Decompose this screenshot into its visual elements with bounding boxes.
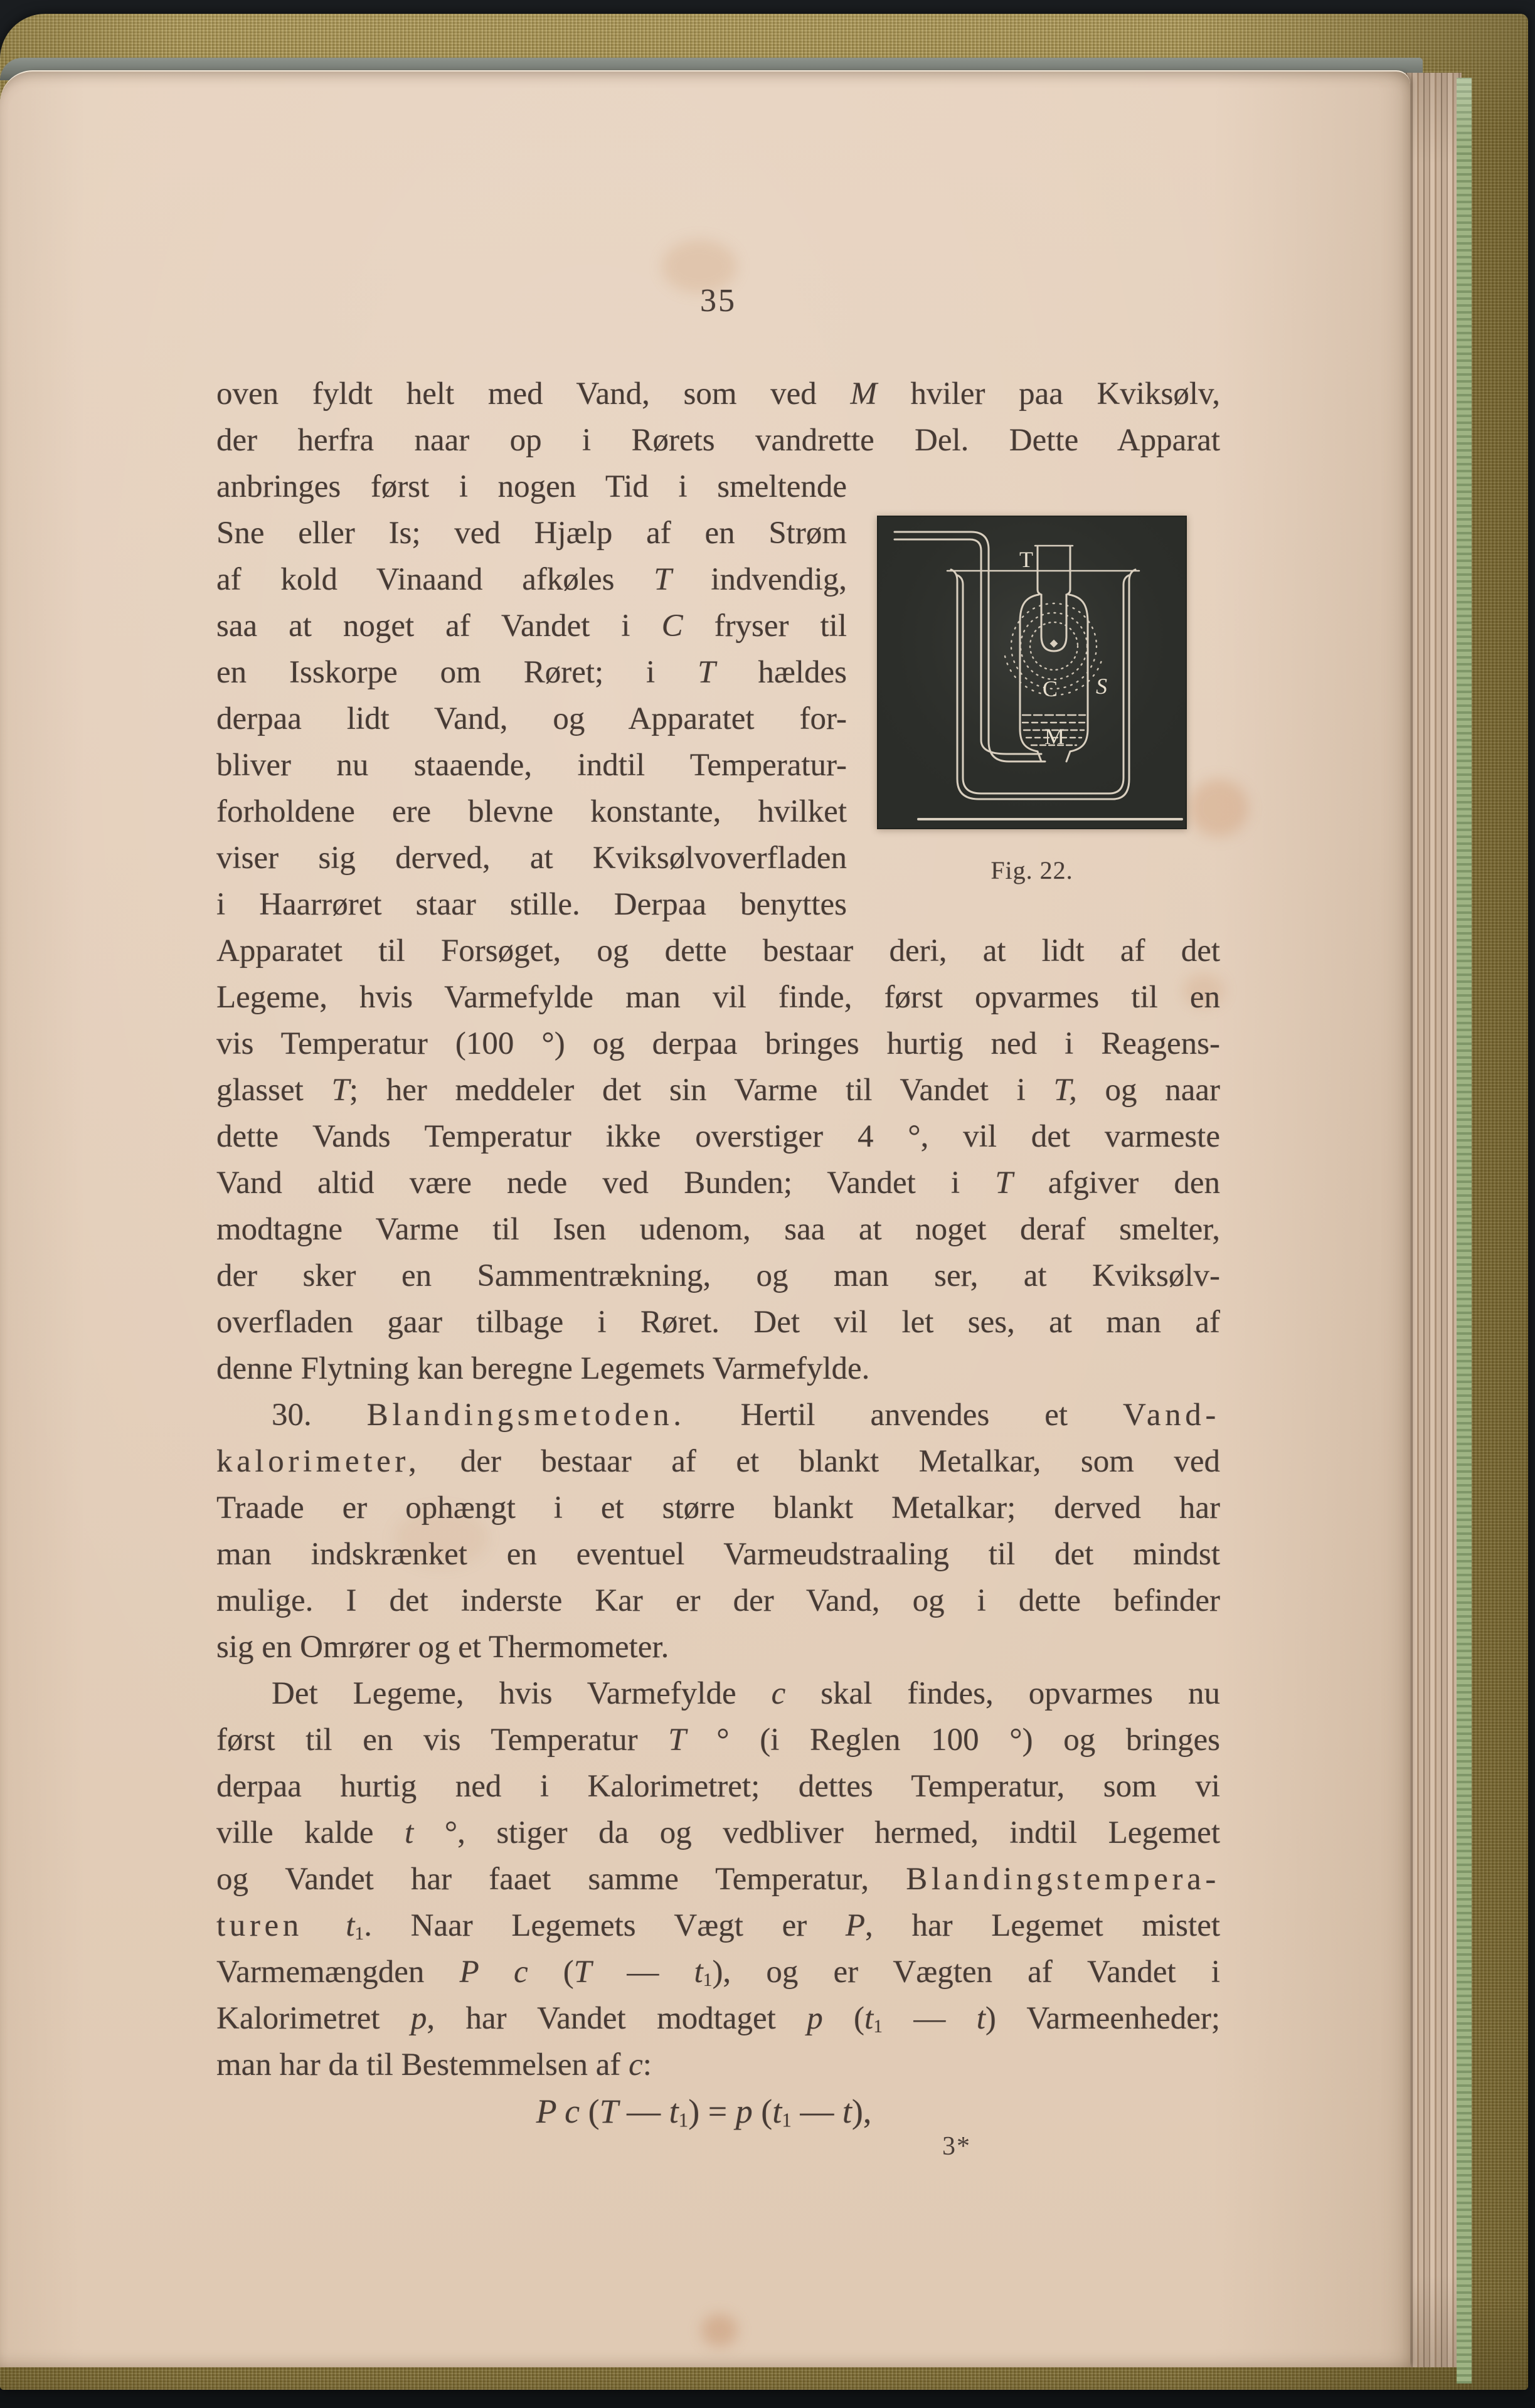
text-line: oven fyldt helt med Vand, som ved M hvil… xyxy=(216,371,1220,417)
label-S: S xyxy=(1096,674,1107,699)
text-line: saa at noget af Vandet i C fryser til xyxy=(216,603,847,649)
math-var: c xyxy=(629,2047,643,2082)
text-run: ), xyxy=(852,2092,871,2130)
text-run: Vand- xyxy=(1123,1398,1220,1433)
text-run: Apparatet til Forsøget, og dette bestaar… xyxy=(216,933,1220,968)
text-line: glasset T; her meddeler det sin Varme ti… xyxy=(216,1067,1220,1113)
text-run: man har da til Bestemmelsen af xyxy=(216,2047,629,2082)
text-run: oven fyldt helt med Vand, som ved xyxy=(216,376,850,411)
math-var: t xyxy=(405,1815,413,1850)
text-line: Det Legeme, hvis Varmefylde c skal finde… xyxy=(216,1670,1220,1717)
text-run: glasset xyxy=(216,1073,332,1108)
text-line: Vand altid være nede ved Bunden; Vandet … xyxy=(216,1160,1220,1206)
text-line: anbringes først i nogen Tid i smeltende xyxy=(216,464,847,510)
text-run: Traade er ophængt i et større blankt Met… xyxy=(216,1490,1220,1525)
text-run: , har Legemet mistet xyxy=(865,1908,1220,1943)
text-line: viser sig derved, at Kviksølvoverfladen xyxy=(216,835,847,881)
text-run: først til en vis Temperatur xyxy=(216,1722,668,1758)
text-run: viser sig derved, at Kviksølvoverfladen xyxy=(216,841,847,876)
text-run: hviler paa Kviksølv, xyxy=(877,376,1220,411)
text-run: kalorimeter, xyxy=(216,1444,420,1479)
text-run: skal findes, opvarmes nu xyxy=(785,1676,1220,1711)
endpaper-edge xyxy=(1457,78,1472,2384)
text-line: Kalorimetret p, har Vandet modtaget p (t… xyxy=(216,1995,1220,2042)
text-run: Kalorimetret xyxy=(216,2001,411,2036)
math-var: t xyxy=(772,2092,782,2130)
text-line: denne Flytning kan beregne Legemets Varm… xyxy=(216,1345,1220,1392)
math-var: T xyxy=(574,1955,592,1990)
text-run: ; her meddeler det sin Varme til Vandet … xyxy=(349,1073,1054,1108)
text-run: 30. xyxy=(272,1398,367,1433)
text-run: dette Vands Temperatur ikke overstiger 4… xyxy=(216,1119,1220,1154)
math-var: c xyxy=(772,1676,786,1711)
text-run: afgiver den xyxy=(1013,1165,1220,1201)
text-run: denne Flytning kan beregne Legemets Varm… xyxy=(216,1351,869,1386)
text-line: vis Temperatur (100 °) og derpaa bringes… xyxy=(216,1021,1220,1067)
text-run: Legeme, hvis Varmefylde man vil finde, f… xyxy=(216,980,1220,1015)
text-run: 1 xyxy=(354,1924,364,1944)
math-var: P c xyxy=(536,2092,580,2130)
text-run: og naar xyxy=(1077,1073,1220,1108)
text-run: — xyxy=(619,2092,669,2130)
text-line: Traade er ophængt i et større blankt Met… xyxy=(216,1485,1220,1531)
text-run: bliver nu staaende, indtil Temperatur- xyxy=(216,748,847,783)
text-run: ° (i Reglen 100 °) og bringes xyxy=(686,1722,1220,1758)
text-line: der herfra naar op i Rørets vandrette De… xyxy=(216,417,1220,464)
text-line: sig en Omrører og et Thermometer. xyxy=(216,1624,1220,1670)
text-run: Varmemængden xyxy=(216,1955,460,1990)
math-var: T xyxy=(668,1722,686,1758)
text-run: forholdene ere blevne konstante, hvilket xyxy=(216,794,847,829)
text-line: Sne eller Is; ved Hjælp af en Strøm xyxy=(216,510,847,556)
fox-stain xyxy=(701,2314,738,2347)
page-number: 35 xyxy=(216,282,1220,319)
text-run: — xyxy=(883,2001,977,2036)
text-run: ( xyxy=(580,2092,599,2130)
text-line: man har da til Bestemmelsen af c: xyxy=(216,2042,1220,2088)
text-line: Apparatet til Forsøget, og dette bestaar… xyxy=(216,928,1220,974)
text-run: , har Vandet modtaget xyxy=(427,2001,807,2036)
text-run: anbringes først i nogen Tid i smeltende xyxy=(216,469,847,504)
text-line: bliver nu staaende, indtil Temperatur- xyxy=(216,742,847,788)
text-run: 1 xyxy=(782,2109,792,2131)
text-run: der bestaar af et blankt Metalkar, som v… xyxy=(420,1444,1220,1479)
figure-22: T C S M Fig. 22. xyxy=(877,516,1187,885)
text-line: og Vandet har faaet samme Temperatur, Bl… xyxy=(216,1856,1220,1902)
text-line: overfladen gaar tilbage i Røret. Det vil… xyxy=(216,1299,1220,1345)
math-var: p xyxy=(411,2001,427,2036)
text-line: derpaa hurtig ned i Kalorimetret; dettes… xyxy=(216,1763,1220,1810)
text-run: ) = xyxy=(688,2092,735,2130)
math-var: T, xyxy=(1054,1073,1077,1108)
text-run: — xyxy=(592,1955,694,1990)
text-run: indvendig, xyxy=(672,562,847,597)
text-run: 1 xyxy=(873,2017,883,2037)
text-run: sig en Omrører og et Thermometer. xyxy=(216,1630,669,1665)
text-run: vis Temperatur (100 °) og derpaa bringes… xyxy=(216,1026,1220,1061)
text-run: der herfra naar op i Rørets vandrette De… xyxy=(216,423,1220,458)
text-run: saa at noget af Vandet i xyxy=(216,608,662,644)
text-run: : xyxy=(643,2047,652,2082)
text-line: først til en vis Temperatur T ° (i Regle… xyxy=(216,1717,1220,1763)
text-run: Blandingstempera- xyxy=(906,1862,1220,1897)
math-var: t xyxy=(694,1955,703,1990)
math-var: M xyxy=(850,376,876,411)
text-run: Vand altid være nede ved Bunden; Vandet … xyxy=(216,1165,995,1201)
label-T: T xyxy=(1019,547,1033,572)
math-var: t xyxy=(669,2092,679,2130)
text-run: overfladen gaar tilbage i Røret. Det vil… xyxy=(216,1305,1220,1340)
text-line: forholdene ere blevne konstante, hvilket xyxy=(216,788,847,835)
text-line: en Isskorpe om Røret; i T hældes xyxy=(216,649,847,696)
text-line: af kold Vinaand afkøles T indvendig, xyxy=(216,556,847,603)
text-line: man indskrænket en eventuel Varmeudstraa… xyxy=(216,1531,1220,1578)
text-run: ) Varmeenheder; xyxy=(985,2001,1220,2036)
text-line: modtagne Varme til Isen udenom, saa at n… xyxy=(216,1206,1220,1253)
text-run: — xyxy=(792,2092,842,2130)
figure-caption: Fig. 22. xyxy=(877,856,1187,885)
text-run: der sker en Sammentrækning, og man ser, … xyxy=(216,1258,1220,1293)
figure-plate: T C S M xyxy=(877,516,1187,829)
text-run: mulige. I det inderste Kar er der Vand, … xyxy=(216,1583,1220,1618)
math-var: t xyxy=(977,2001,985,2036)
text-run: fryser til xyxy=(683,608,847,644)
text-line: der sker en Sammentrækning, og man ser, … xyxy=(216,1253,1220,1299)
math-var: T xyxy=(698,655,715,690)
text-run: . Naar Legemets Vægt er xyxy=(364,1908,846,1943)
text-line: dette Vands Temperatur ikke overstiger 4… xyxy=(216,1113,1220,1160)
text-run: ( xyxy=(528,1955,574,1990)
equation: P c (T — t1) = p (t1 — t), xyxy=(216,2088,1220,2135)
math-var: P xyxy=(846,1908,865,1943)
label-M: M xyxy=(1044,724,1065,749)
text-run: Hertil anvendes et xyxy=(686,1398,1123,1433)
text-run: turen xyxy=(216,1908,346,1943)
text-run: 1 xyxy=(703,1970,713,1990)
text-run: man indskrænket en eventuel Varmeudstraa… xyxy=(216,1537,1220,1572)
text-line: derpaa lidt Vand, og Apparatet for- xyxy=(216,696,847,742)
math-var: T xyxy=(600,2092,619,2130)
math-var: T xyxy=(332,1073,349,1108)
text-run: af kold Vinaand afkøles xyxy=(216,562,654,597)
text-run: Sne eller Is; ved Hjælp af en Strøm xyxy=(216,516,847,551)
text-run: Blandingsmetoden. xyxy=(367,1398,686,1433)
math-var: t xyxy=(346,1908,354,1943)
text-run: ( xyxy=(753,2092,772,2130)
text-run: °, stiger da og vedbliver hermed, indtil… xyxy=(413,1815,1220,1850)
math-var: t xyxy=(842,2092,852,2130)
text-run: Det Legeme, hvis Varmefylde xyxy=(272,1676,772,1711)
text-run: derpaa hurtig ned i Kalorimetret; dettes… xyxy=(216,1769,1220,1804)
math-var: p xyxy=(807,2001,823,2036)
text-run: i Haarrøret staar stille. Derpaa benytte… xyxy=(216,887,847,922)
text-line: Legeme, hvis Varmefylde man vil finde, f… xyxy=(216,974,1220,1021)
text-line: turen t1. Naar Legemets Vægt er P, har L… xyxy=(216,1902,1220,1949)
text-run: 1 xyxy=(679,2109,689,2131)
text-line: 30. Blandingsmetoden. Hertil anvendes et… xyxy=(216,1392,1220,1438)
math-var: p xyxy=(736,2092,753,2130)
text-run: ville kalde xyxy=(216,1815,405,1850)
text-line: ville kalde t °, stiger da og vedbliver … xyxy=(216,1810,1220,1856)
text-line: i Haarrøret staar stille. Derpaa benytte… xyxy=(216,881,847,928)
book-page: 35 oven fyldt helt med Vand, som ved M h… xyxy=(0,70,1410,2367)
book-scan: { "page": { "number": "35", "signature_m… xyxy=(0,0,1535,2408)
signature-mark: 3* xyxy=(942,2131,971,2161)
text-line: Varmemængden P c (T — t1), og er Vægten … xyxy=(216,1949,1220,1995)
math-var: C xyxy=(662,608,683,644)
text-run: modtagne Varme til Isen udenom, saa at n… xyxy=(216,1212,1220,1247)
label-C: C xyxy=(1043,676,1058,701)
text-run: ( xyxy=(823,2001,864,2036)
text-run: derpaa lidt Vand, og Apparatet for- xyxy=(216,701,847,736)
math-var: T xyxy=(654,562,671,597)
math-var: t xyxy=(864,2001,873,2036)
text-run: hældes xyxy=(715,655,847,690)
text-run: og Vandet har faaet samme Temperatur, xyxy=(216,1862,906,1897)
text-run: en Isskorpe om Røret; i xyxy=(216,655,698,690)
math-var: T xyxy=(995,1165,1012,1201)
text-line: mulige. I det inderste Kar er der Vand, … xyxy=(216,1578,1220,1624)
text-line: kalorimeter, der bestaar af et blankt Me… xyxy=(216,1438,1220,1485)
math-var: P c xyxy=(460,1955,528,1990)
text-run: ), og er Vægten af Vandet i xyxy=(712,1955,1220,1990)
